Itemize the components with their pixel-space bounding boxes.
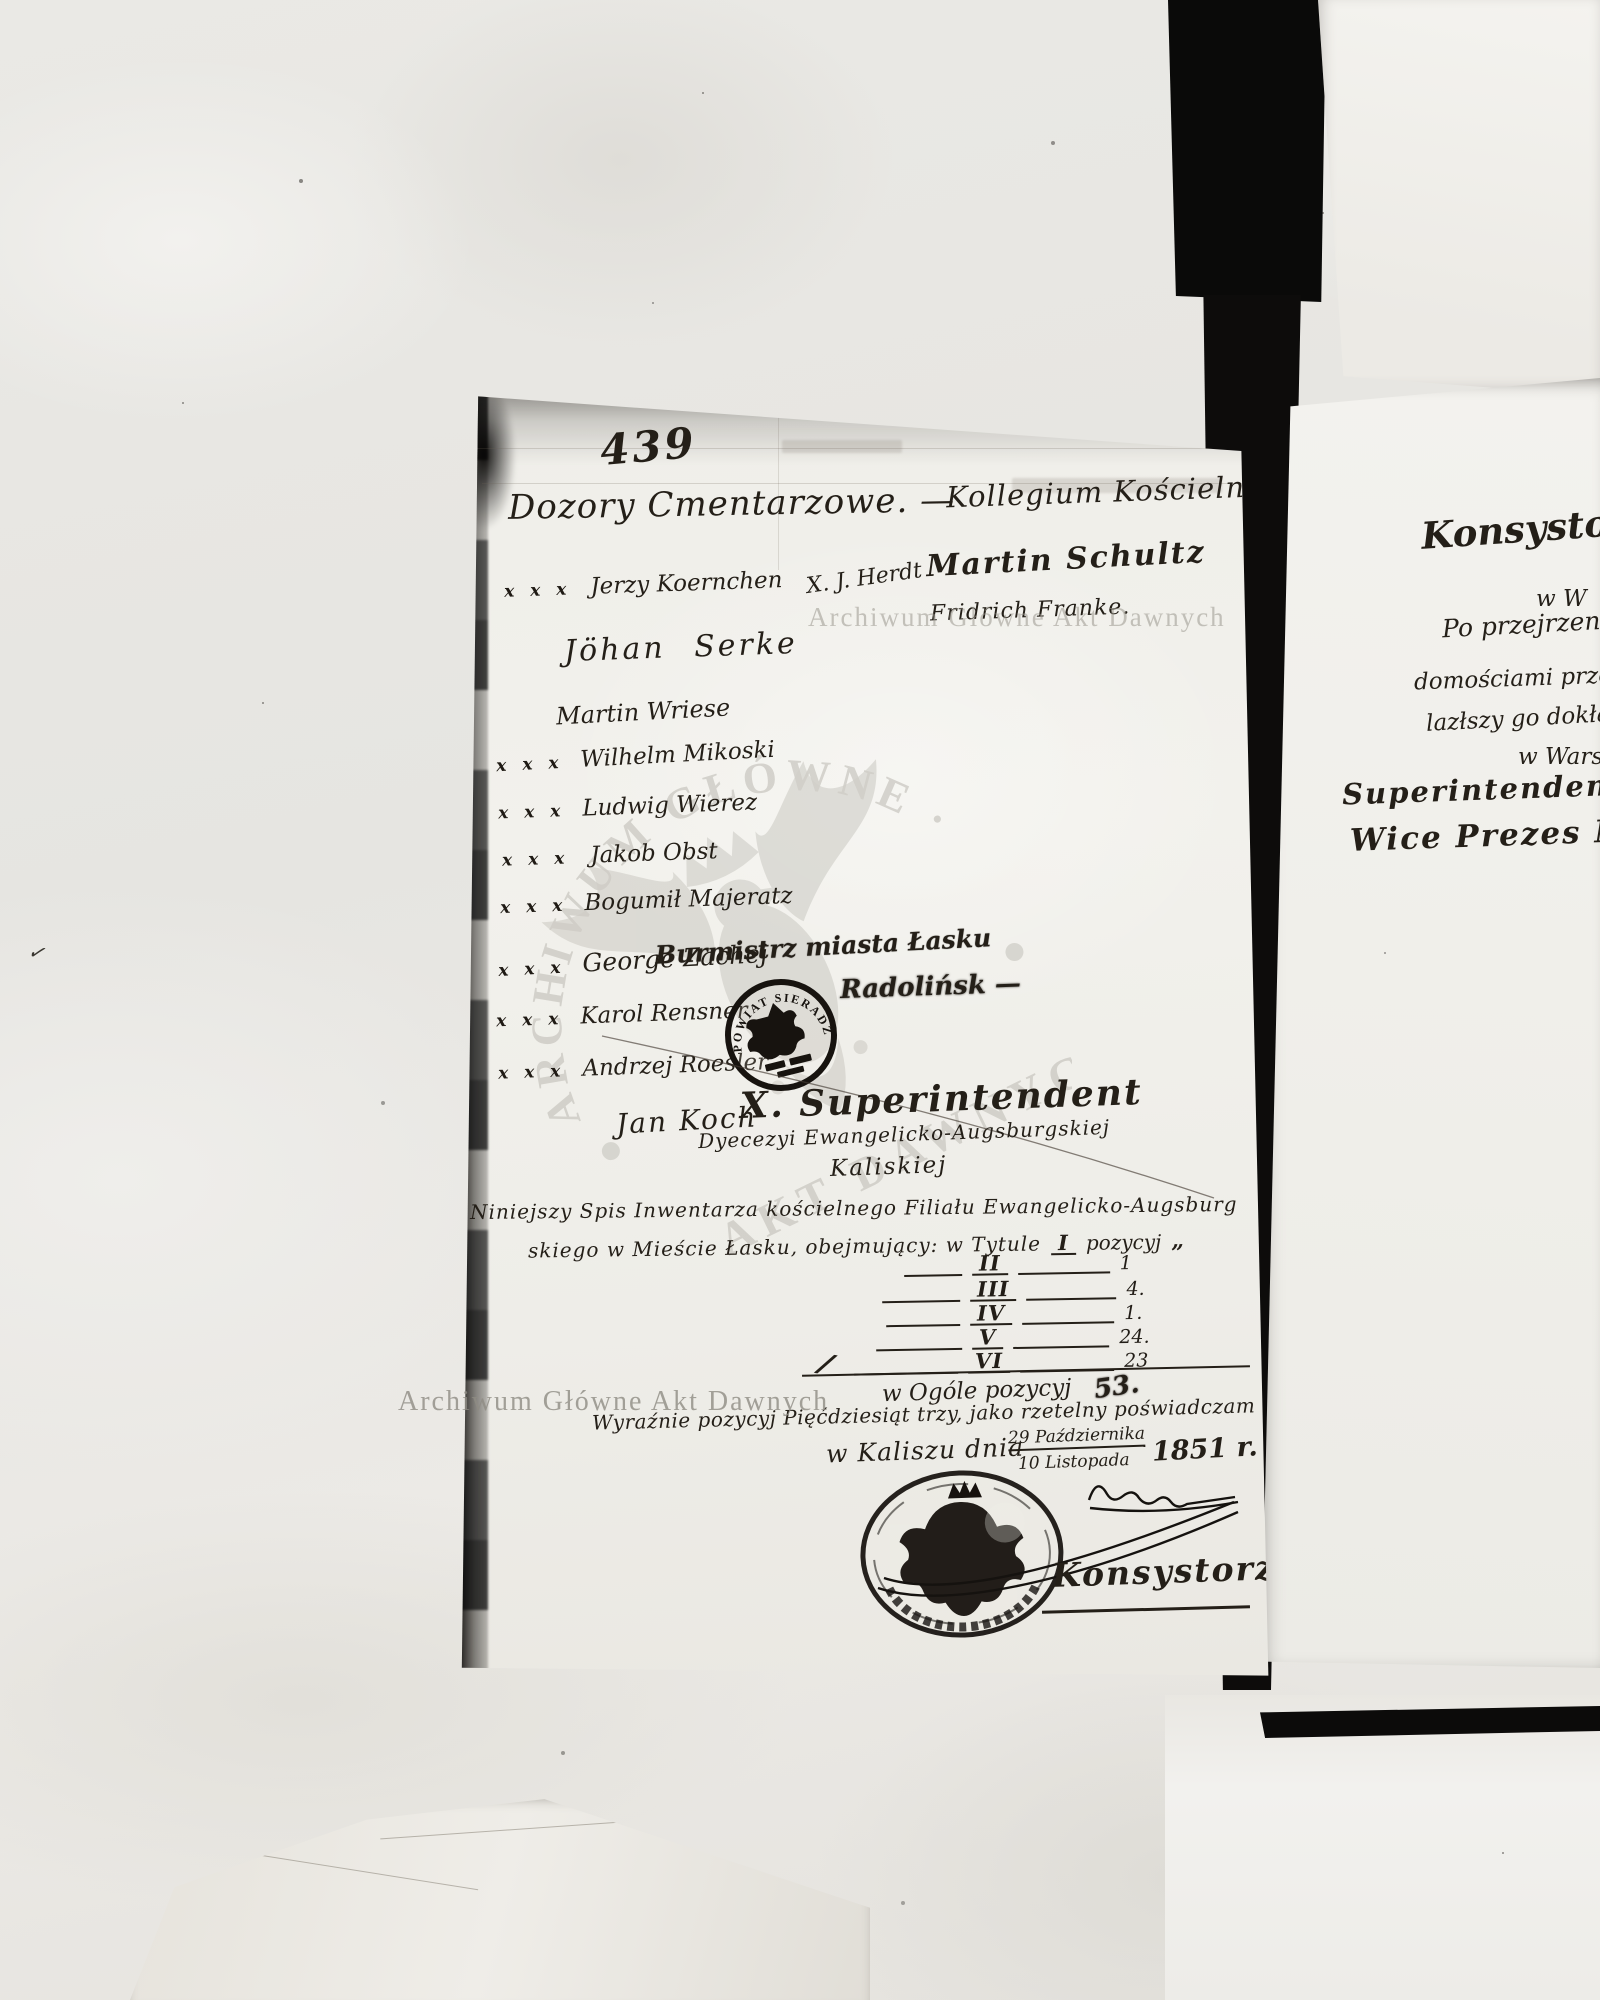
dust-specks <box>0 0 2 2</box>
row-value: 4. <box>1126 1280 1144 1299</box>
superintendent-line3: Kaliskiej <box>830 1152 948 1182</box>
top-right-page-corner <box>1318 0 1600 396</box>
bottom-right-paper <box>1165 1695 1600 2000</box>
ditto-dash <box>904 1262 962 1277</box>
title-one-value: „ <box>1171 1227 1184 1253</box>
roman-numeral: III <box>970 1278 1017 1302</box>
roman-numeral: IV <box>970 1302 1013 1326</box>
ditto-dash <box>1013 1333 1109 1349</box>
folded-paper-corner <box>130 1795 870 2000</box>
archive-watermark-text: Archiwum Główne Akt Dawnych <box>808 602 1226 633</box>
date-julian: 29 Października <box>1008 1424 1146 1452</box>
document-page: ARCHIWUM GŁÓWNE · AKT DAWNYCH <box>452 386 1270 1686</box>
row-value: 24. <box>1119 1328 1150 1348</box>
margin-check-mark: ✓ <box>26 939 47 966</box>
roman-numeral: II <box>972 1252 1008 1276</box>
adjacent-line: lazłszy go dokła <box>1425 701 1600 737</box>
adjacent-line: domościami prze <box>1414 663 1600 696</box>
ditto-dash <box>882 1288 960 1303</box>
ditto-dash <box>1026 1285 1116 1301</box>
row-value: 1 <box>1120 1254 1132 1273</box>
superintendent-signature <box>864 1460 1250 1620</box>
ditto-dash <box>886 1312 960 1327</box>
consistory-label: Konsystorz <box>1051 1548 1270 1595</box>
inventory-row: III 4. <box>882 1276 1145 1304</box>
inventory-row: IV 1. <box>886 1300 1143 1327</box>
inventory-row: II 1 <box>904 1250 1132 1277</box>
adjacent-line: Superintendent E <box>1342 766 1600 811</box>
roman-numeral: V <box>972 1326 1004 1350</box>
ditto-dash <box>1022 1309 1114 1325</box>
adjacent-page: Konsystorz w W Po przejrzeni domościami … <box>1256 378 1600 1668</box>
fold-crease <box>172 1841 478 1890</box>
adjacent-line: w Wars <box>1518 744 1600 770</box>
ditto-dash <box>1018 1259 1110 1275</box>
archive-watermark-text: Archiwum Główne Akt Dawnych <box>398 1386 829 1418</box>
adjacent-line: Po przejrzeni <box>1441 606 1600 644</box>
ditto-dash <box>876 1336 962 1351</box>
fold-crease <box>380 1820 649 1840</box>
microfilm-scan: ✓ Konsystorz w W Po przejrzeni domościam… <box>0 0 1600 2000</box>
adjacent-heading: Konsystorz <box>1420 498 1600 558</box>
row-value: 1. <box>1124 1304 1142 1323</box>
adjacent-line: Wice Prezes M <box>1349 813 1600 859</box>
film-black-frame <box>1168 0 1326 302</box>
